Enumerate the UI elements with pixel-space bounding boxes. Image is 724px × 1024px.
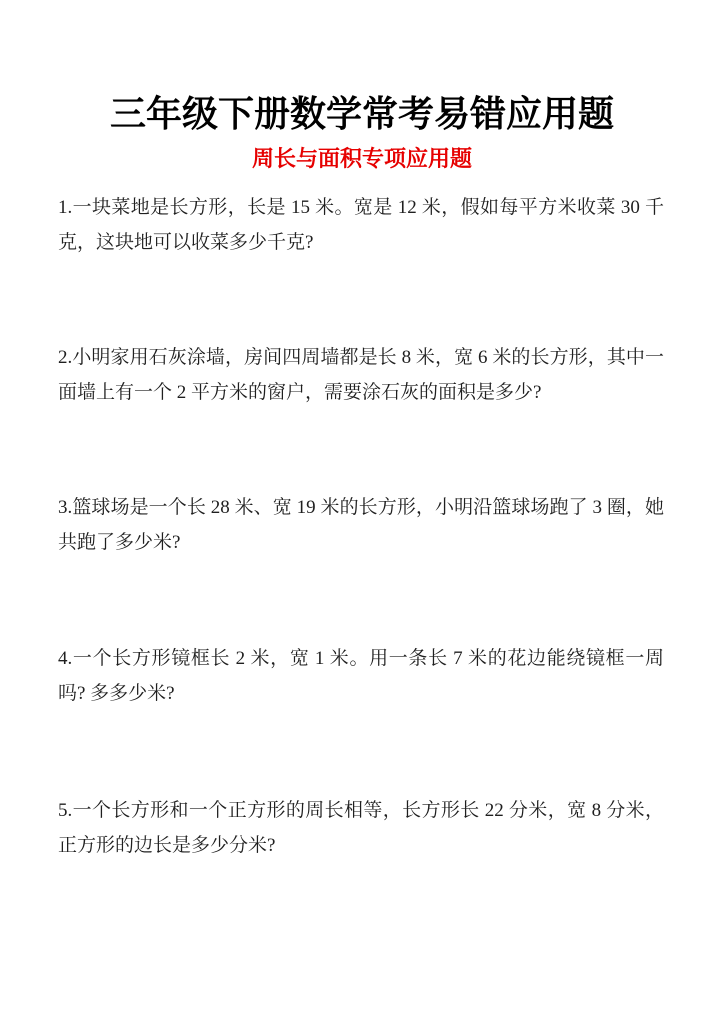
- problem-5-text: 一个长方形和一个正方形的周长相等，长方形长 22 分米，宽 8 分米，正方形的边…: [58, 800, 664, 856]
- worksheet-page: 三年级下册数学常考易错应用题 周长与面积专项应用题 1.一块菜地是长方形，长是 …: [0, 0, 724, 1024]
- problem-5: 5.一个长方形和一个正方形的周长相等，长方形长 22 分米，宽 8 分米，正方形…: [58, 793, 664, 863]
- problem-3-number: 3.: [58, 497, 72, 518]
- problem-5-number: 5.: [58, 800, 72, 821]
- problem-1: 1.一块菜地是长方形，长是 15 米。宽是 12 米，假如每平方米收菜 30 千…: [58, 190, 664, 260]
- problem-1-number: 1.: [58, 197, 72, 218]
- problem-3: 3.篮球场是一个长 28 米、宽 19 米的长方形，小明沿篮球场跑了 3 圈，她…: [58, 490, 664, 560]
- problem-2-number: 2.: [58, 347, 72, 368]
- problem-3-text: 篮球场是一个长 28 米、宽 19 米的长方形，小明沿篮球场跑了 3 圈，她共跑…: [58, 497, 664, 553]
- problem-4-text: 一个长方形镜框长 2 米，宽 1 米。用一条长 7 米的花边能绕镜框一周吗? 多…: [58, 648, 664, 704]
- problem-4-number: 4.: [58, 648, 72, 669]
- problem-2-text: 小明家用石灰涂墙，房间四周墙都是长 8 米，宽 6 米的长方形，其中一面墙上有一…: [58, 347, 664, 403]
- page-subtitle: 周长与面积专项应用题: [0, 144, 724, 174]
- problem-2: 2.小明家用石灰涂墙，房间四周墙都是长 8 米，宽 6 米的长方形，其中一面墙上…: [58, 340, 664, 410]
- problem-4: 4.一个长方形镜框长 2 米，宽 1 米。用一条长 7 米的花边能绕镜框一周吗?…: [58, 641, 664, 711]
- problem-1-text: 一块菜地是长方形，长是 15 米。宽是 12 米，假如每平方米收菜 30 千克，…: [58, 197, 664, 253]
- page-title: 三年级下册数学常考易错应用题: [0, 92, 724, 136]
